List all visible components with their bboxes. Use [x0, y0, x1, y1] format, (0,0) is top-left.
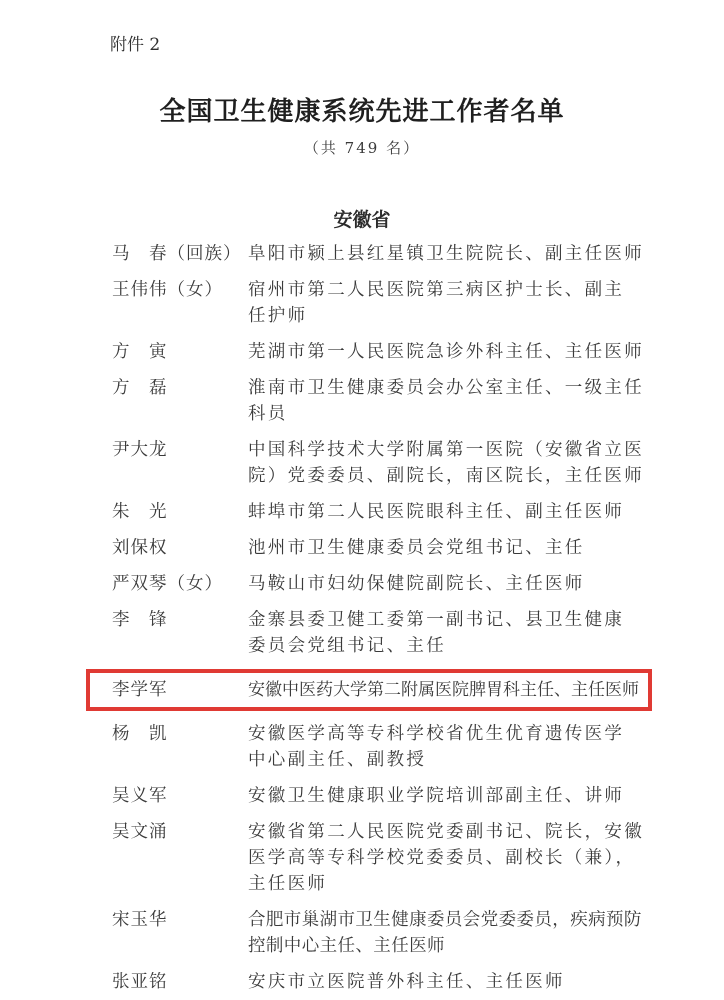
document-subtitle: （共 749 名） [0, 137, 724, 159]
awardee-name: 李 锋 [112, 607, 248, 659]
document-title: 全国卫生健康系统先进工作者名单 [0, 96, 724, 128]
entry-row: 吴义军 安徽卫生健康职业学院培训部副主任、讲师 [86, 783, 652, 809]
entry-row: 吴文涌 安徽省第二人民医院党委副书记、院长，安徽 医学高等专科学校党委委员、副校… [86, 819, 652, 897]
awardee-position: 池州市卫生健康委员会党组书记、主任 [248, 535, 652, 561]
awardee-position: 安徽省第二人民医院党委副书记、院长，安徽 医学高等专科学校党委委员、副校长（兼）… [248, 819, 652, 897]
awardee-name: 吴义军 [112, 783, 248, 809]
entry-row: 方 磊 淮南市卫生健康委员会办公室主任、一级主任 科员 [86, 375, 652, 427]
awardee-position: 安徽医学高等专科学校省优生优育遗传医学 中心副主任、副教授 [248, 721, 652, 773]
awardee-name: 刘保权 [112, 535, 248, 561]
awardee-position: 安庆市立医院普外科主任、主任医师 [248, 969, 652, 995]
awardee-position: 阜阳市颍上县红星镇卫生院院长、副主任医师 [248, 241, 652, 267]
document-page: 附件 2 全国卫生健康系统先进工作者名单 （共 749 名） 安徽省 马 春（回… [0, 0, 724, 1000]
awardee-position: 金寨县委卫健工委第一副书记、县卫生健康 委员会党组书记、主任 [248, 607, 652, 659]
awardee-name: 严双琴（女） [112, 571, 248, 597]
entry-row: 马 春（回族） 阜阳市颍上县红星镇卫生院院长、副主任医师 [86, 241, 652, 267]
section-heading-anhui: 安徽省 [0, 207, 724, 233]
awardee-position: 中国科学技术大学附属第一医院（安徽省立医 院）党委委员、副院长，南区院长，主任医… [248, 437, 652, 489]
attachment-label: 附件 2 [110, 0, 724, 56]
awardee-position: 芜湖市第一人民医院急诊外科主任、主任医师 [248, 339, 652, 365]
awardee-name: 尹大龙 [112, 437, 248, 489]
awardee-name: 马 春（回族） [112, 241, 248, 267]
awardee-name: 张亚铭 [112, 969, 248, 995]
awardee-position: 蚌埠市第二人民医院眼科主任、副主任医师 [248, 499, 652, 525]
awardee-name: 方 磊 [112, 375, 248, 427]
entry-row: 刘保权 池州市卫生健康委员会党组书记、主任 [86, 535, 652, 561]
entry-row: 杨 凯 安徽医学高等专科学校省优生优育遗传医学 中心副主任、副教授 [86, 721, 652, 773]
entry-row: 方 寅 芜湖市第一人民医院急诊外科主任、主任医师 [86, 339, 652, 365]
awardee-name: 方 寅 [112, 339, 248, 365]
awardee-name-highlighted: 李学军 [112, 677, 248, 703]
awardee-name: 杨 凯 [112, 721, 248, 773]
entry-row: 尹大龙 中国科学技术大学附属第一医院（安徽省立医 院）党委委员、副院长，南区院长… [86, 437, 652, 489]
entry-row: 严双琴（女） 马鞍山市妇幼保健院副院长、主任医师 [86, 571, 652, 597]
entry-row: 王伟伟（女） 宿州市第二人民医院第三病区护士长、副主 任护师 [86, 277, 652, 329]
entry-row: 宋玉华 合肥市巢湖市卫生健康委员会党委委员，疾病预防 控制中心主任、主任医师 [86, 907, 652, 959]
awardee-list: 马 春（回族） 阜阳市颍上县红星镇卫生院院长、副主任医师 王伟伟（女） 宿州市第… [86, 241, 724, 995]
awardee-position-highlighted: 安徽中医药大学第二附属医院脾胃科主任、主任医师 [248, 677, 648, 703]
awardee-name: 吴文涌 [112, 819, 248, 897]
entry-row: 朱 光 蚌埠市第二人民医院眼科主任、副主任医师 [86, 499, 652, 525]
awardee-position: 马鞍山市妇幼保健院副院长、主任医师 [248, 571, 652, 597]
awardee-position: 安徽卫生健康职业学院培训部副主任、讲师 [248, 783, 652, 809]
awardee-position: 淮南市卫生健康委员会办公室主任、一级主任 科员 [248, 375, 652, 427]
awardee-position: 宿州市第二人民医院第三病区护士长、副主 任护师 [248, 277, 652, 329]
awardee-name: 朱 光 [112, 499, 248, 525]
highlight-box: 李学军 安徽中医药大学第二附属医院脾胃科主任、主任医师 [86, 669, 652, 711]
awardee-name: 宋玉华 [112, 907, 248, 959]
awardee-position: 合肥市巢湖市卫生健康委员会党委委员，疾病预防 控制中心主任、主任医师 [248, 907, 652, 959]
entry-row: 李 锋 金寨县委卫健工委第一副书记、县卫生健康 委员会党组书记、主任 [86, 607, 652, 659]
awardee-name: 王伟伟（女） [112, 277, 248, 329]
entry-row: 张亚铭 安庆市立医院普外科主任、主任医师 [86, 969, 652, 995]
